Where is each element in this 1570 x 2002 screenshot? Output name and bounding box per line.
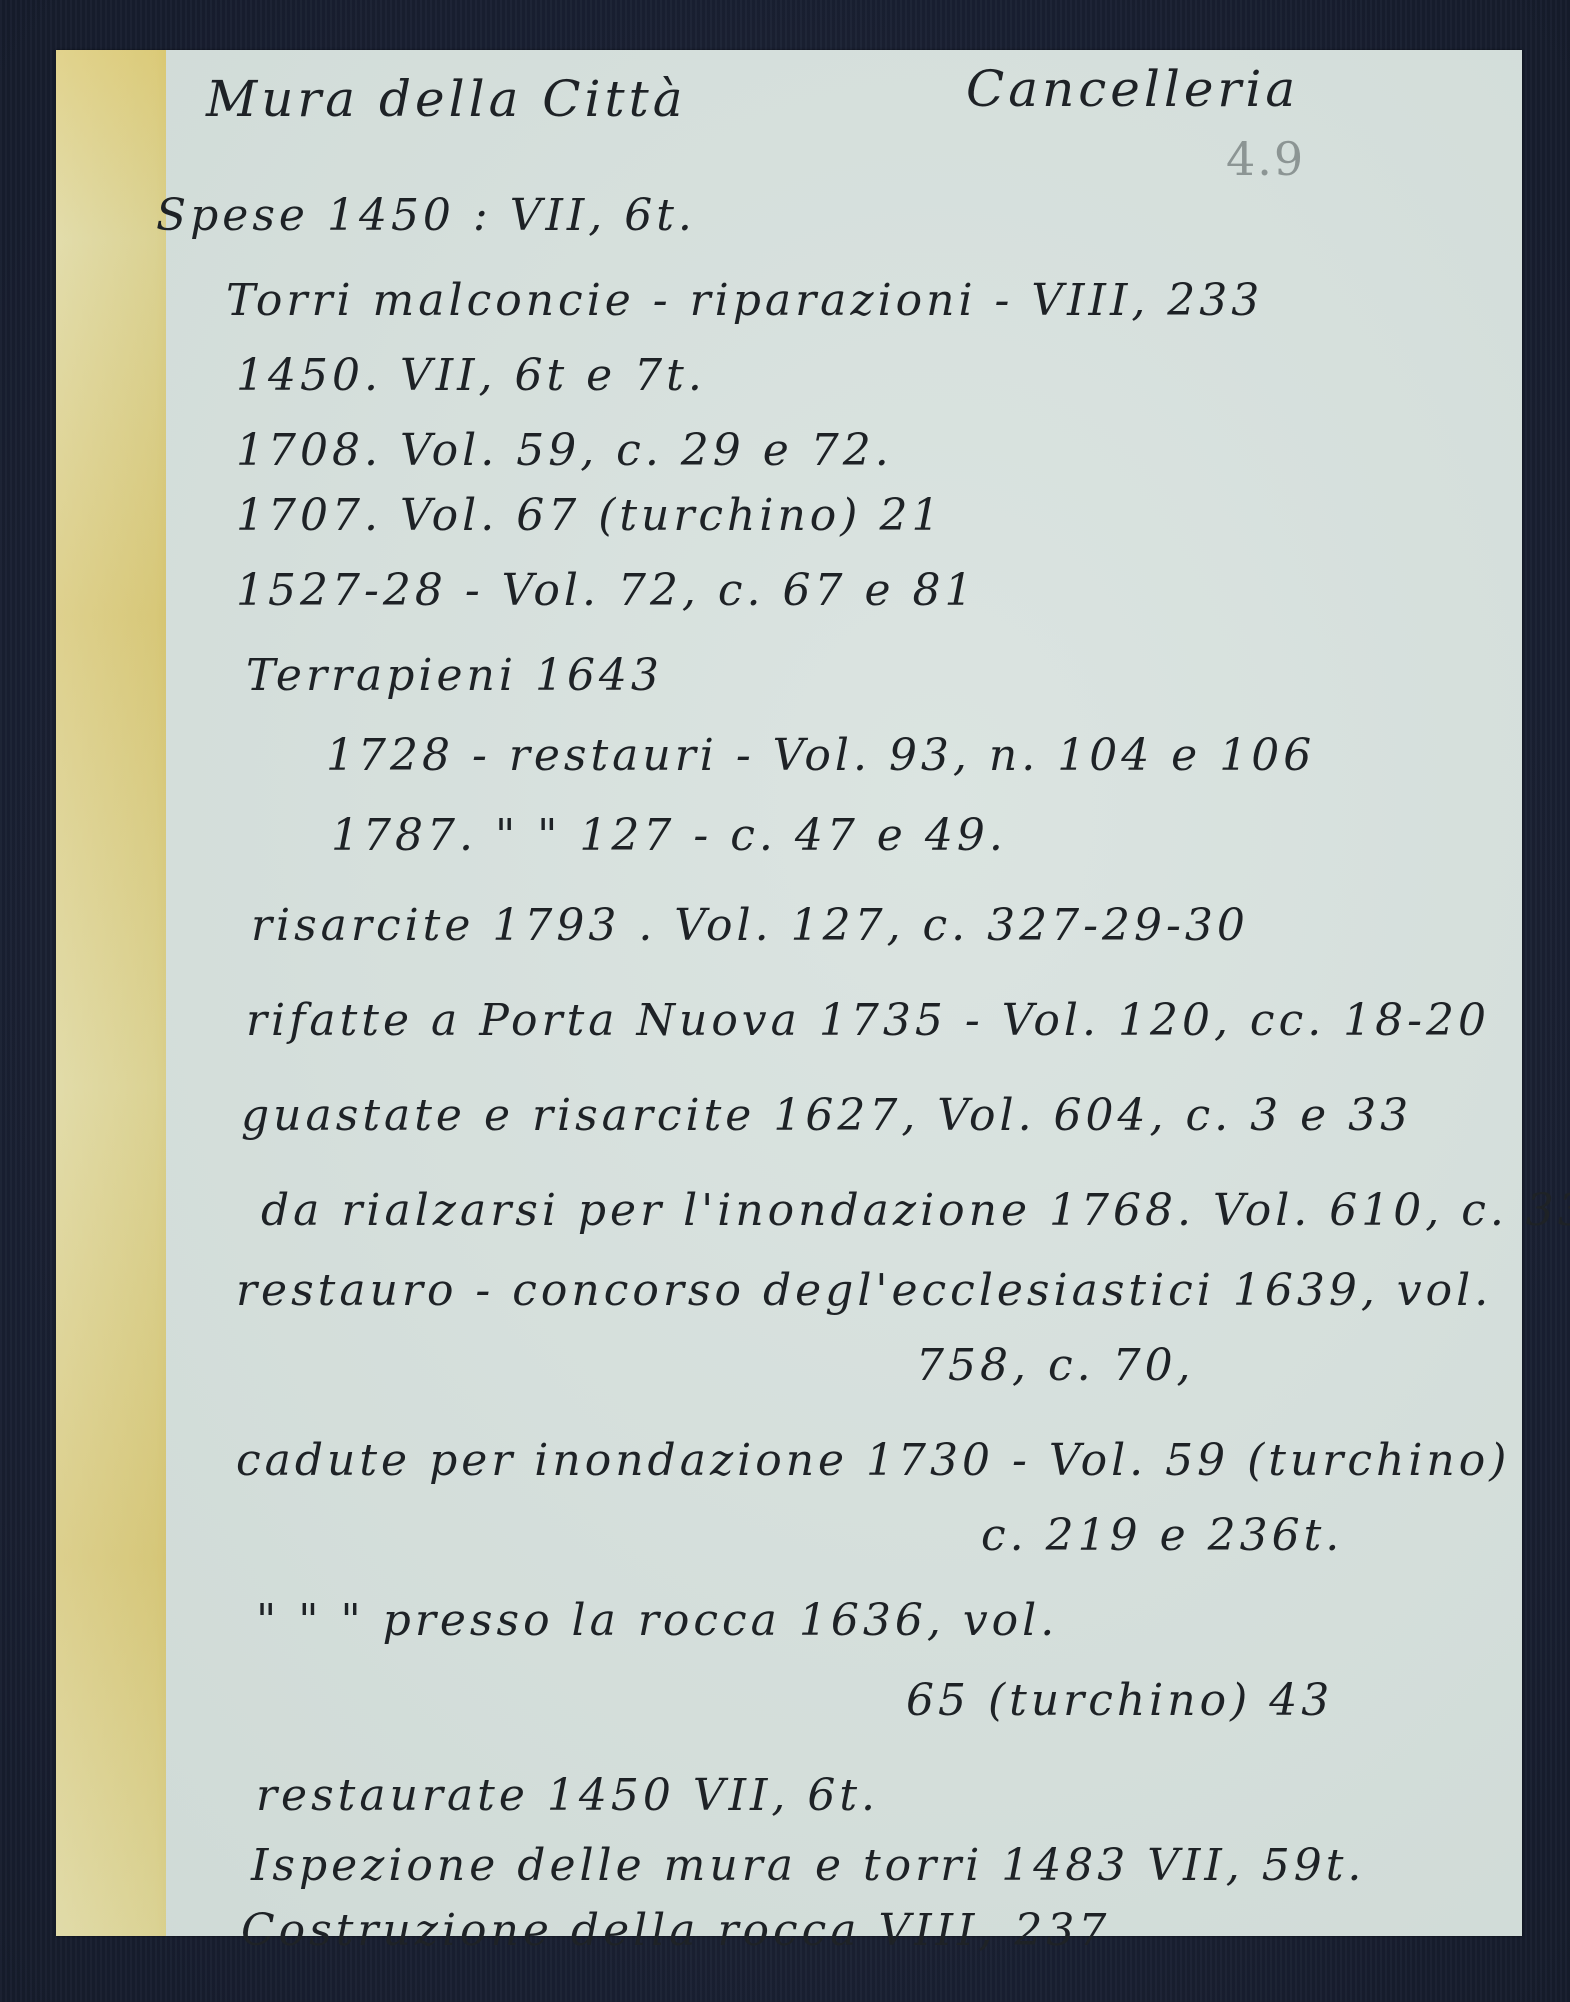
entry-line: Costruzione della rocca VIII, 237 [241,1905,1110,1956]
card-title: Mura della Città [206,70,687,128]
entry-line: cadute per inondazione 1730 - Vol. 59 (t… [236,1435,1510,1486]
yellow-tape-strip [56,50,166,1936]
entry-line: guastate e risarcite 1627, Vol. 604, c. … [241,1090,1412,1141]
entry-line: 1707. Vol. 67 (turchino) 21 [236,490,943,541]
entry-line: 65 (turchino) 43 [906,1675,1333,1726]
entry-line: Ispezione delle mura e torri 1483 VII, 5… [251,1840,1365,1891]
entry-line: 1787. " " 127 - c. 47 e 49. [331,810,1007,861]
entry-line: c. 219 e 236t. [981,1510,1343,1561]
entry-line: da rialzarsi per l'inondazione 1768. Vol… [261,1185,1570,1236]
entry-line: Torri malconcie - riparazioni - VIII, 23… [226,275,1263,326]
entry-line: rifatte a Porta Nuova 1735 - Vol. 120, c… [246,995,1490,1046]
entry-line: 1527-28 - Vol. 72, c. 67 e 81 [236,565,977,616]
entry-line: 758, c. 70, [916,1340,1195,1391]
entry-line: 1708. Vol. 59, c. 29 e 72. [236,425,893,476]
entry-line: Spese 1450 : VII, 6t. [156,190,696,241]
entry-line: 1450. VII, 6t e 7t. [236,350,706,401]
entry-line: restaurate 1450 VII, 6t. [256,1770,879,1821]
entry-line: " " " presso la rocca 1636, vol. [256,1595,1058,1646]
entry-line: restauro - concorso degl'ecclesiastici 1… [236,1265,1492,1316]
entry-line: Terrapieni 1643 [246,650,663,701]
archive-number: 4.9 [1226,132,1305,186]
entry-line: risarcite 1793 . Vol. 127, c. 327-29-30 [251,900,1249,951]
archive-card: Mura della Città Cancelleria 4.9 Spese 1… [56,50,1522,1936]
entry-line: 1728 - restauri - Vol. 93, n. 104 e 106 [326,730,1315,781]
archive-label: Cancelleria [966,60,1299,118]
